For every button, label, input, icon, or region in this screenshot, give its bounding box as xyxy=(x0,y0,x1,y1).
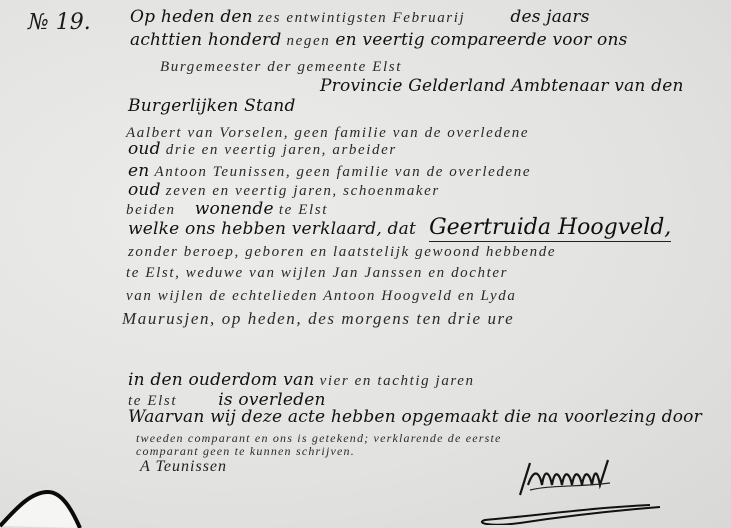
handwritten-text: beiden xyxy=(126,202,176,218)
page-edge-curve xyxy=(0,490,90,528)
record-line-14: van wijlen de echtelieden Antoon Hoogvel… xyxy=(126,287,517,304)
handwritten-age-deceased: vier en tachtig jaren xyxy=(320,373,475,389)
printed-text: in den ouderdom van xyxy=(128,370,314,390)
printed-text: en veertig compareerde voor ons xyxy=(335,30,627,50)
printed-text: des jaars xyxy=(510,7,589,27)
handwritten-official: Burgemeester der gemeente Elst xyxy=(160,59,402,75)
record-line-6: Aalbert van Vorselen, geen familie van d… xyxy=(126,124,529,141)
scanned-document-page: № 19. Op heden den zes entwintigsten Feb… xyxy=(0,0,731,528)
handwritten-parents: van wijlen de echtelieden Antoon Hoogvel… xyxy=(126,288,517,304)
record-line-9: oud zeven en veertig jaren, schoenmaker xyxy=(128,182,440,199)
printed-text: oud xyxy=(128,139,161,159)
handwritten-year: negen xyxy=(287,33,331,49)
record-line-12: zonder beroep, geboren en laatstelijk ge… xyxy=(128,243,556,260)
printed-text: en xyxy=(128,161,149,181)
printed-text: Burgerlijken Stand xyxy=(128,96,296,116)
handwritten-text: comparant geen te kunnen schrijven. xyxy=(136,444,355,458)
handwritten-text: te Elst, weduwe van wijlen Jan Janssen e… xyxy=(126,265,508,281)
printed-text: achttien honderd xyxy=(130,30,281,50)
handwritten-text: zonder beroep, geboren en laatstelijk ge… xyxy=(128,244,556,260)
record-line-1: Op heden den zes entwintigsten Februarij… xyxy=(130,9,590,26)
handwritten-text: Maurusjen, op heden, des morgens ten dri… xyxy=(122,309,514,328)
record-line-11: welke ons hebben verklaard, dat Geertrui… xyxy=(128,217,671,239)
handwritten-date: zes entwintigsten Februarij xyxy=(258,10,465,26)
printed-text: wonende xyxy=(195,199,274,219)
record-line-18: Waarvan wij deze acte hebben opgemaakt d… xyxy=(128,409,702,426)
printed-text: Provincie Gelderland Ambtenaar van den xyxy=(320,76,684,96)
witness-signature: A Teunissen xyxy=(140,458,227,476)
handwritten-witness-2: Antoon Teunissen, geen familie van de ov… xyxy=(155,164,532,180)
record-line-10: beiden wonende te Elst xyxy=(126,201,328,218)
record-line-15: Maurusjen, op heden, des morgens ten dri… xyxy=(122,310,514,327)
printed-text: Op heden den xyxy=(130,7,253,27)
record-line-5: Burgerlijken Stand xyxy=(128,98,296,115)
record-line-3: Burgemeester der gemeente Elst xyxy=(160,58,402,75)
handwritten-age-2: zeven en veertig jaren, schoenmaker xyxy=(166,183,440,199)
handwritten-witness-1: Aalbert van Vorselen, geen familie van d… xyxy=(126,125,529,141)
printed-text: Waarvan wij deze acte hebben opgemaakt d… xyxy=(128,407,702,427)
record-line-20: comparant geen te kunnen schrijven. xyxy=(136,442,355,458)
record-line-13: te Elst, weduwe van wijlen Jan Janssen e… xyxy=(126,264,508,281)
record-line-8: en Antoon Teunissen, geen familie van de… xyxy=(128,163,531,180)
printed-text: oud xyxy=(128,180,161,200)
official-signature xyxy=(480,445,680,525)
record-line-2: achttien honderd negen en veertig compar… xyxy=(130,32,628,49)
record-number: № 19. xyxy=(28,10,91,35)
printed-text: welke ons hebben verklaard, dat xyxy=(128,219,416,239)
record-line-16: in den ouderdom van vier en tachtig jare… xyxy=(128,372,475,389)
deceased-name: Geertruida Hoogveld, xyxy=(429,215,671,242)
handwritten-age-1: drie en veertig jaren, arbeider xyxy=(166,142,397,158)
handwritten-place: te Elst xyxy=(279,202,328,218)
record-line-7: oud drie en veertig jaren, arbeider xyxy=(128,141,397,158)
record-line-4: Provincie Gelderland Ambtenaar van den xyxy=(320,78,684,95)
